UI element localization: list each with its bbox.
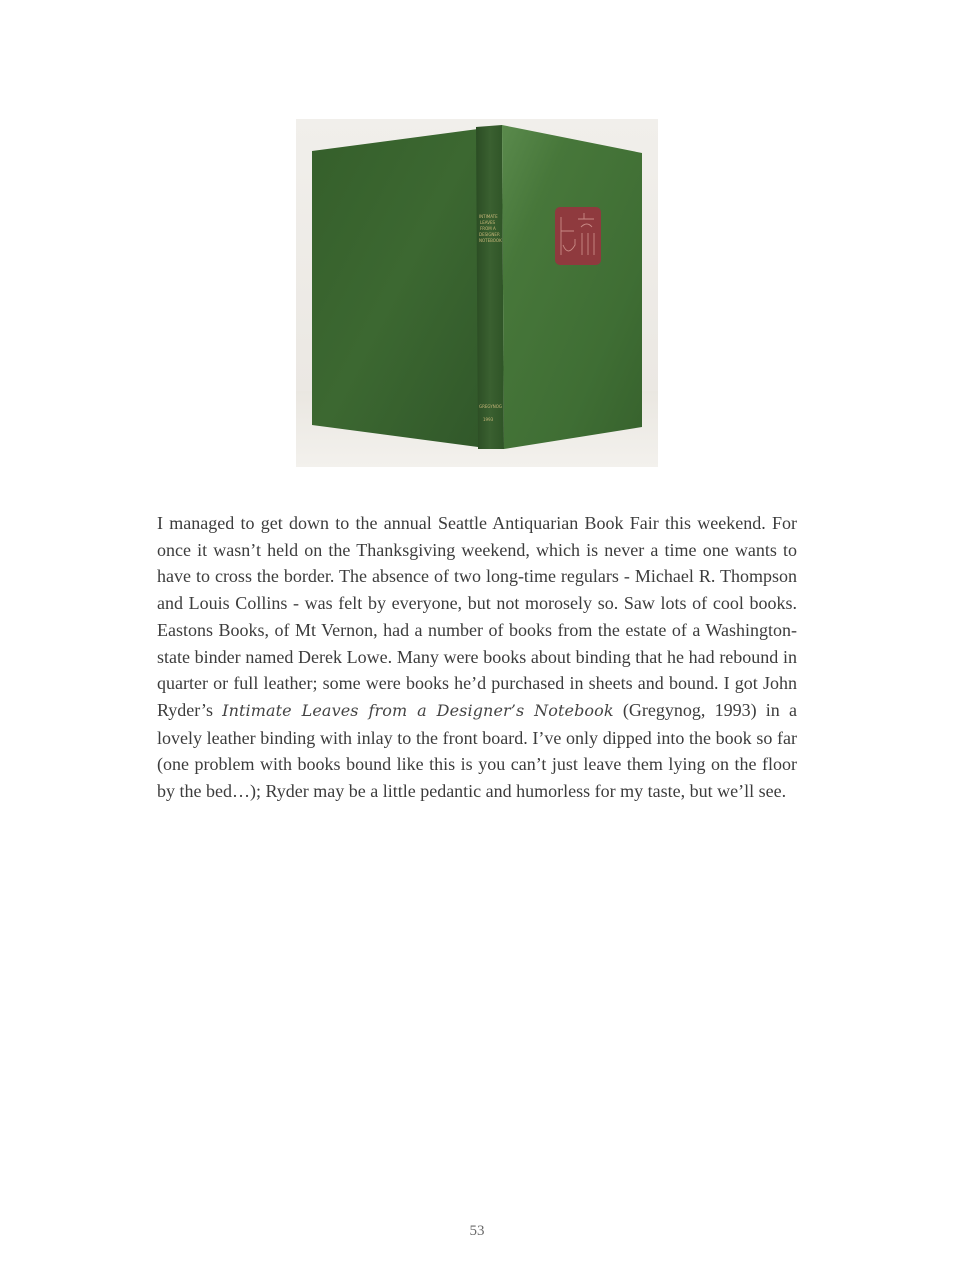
page-number: 53 [0,1223,954,1240]
svg-text:INTIMATE: INTIMATE [479,214,498,219]
svg-text:DESIGNER: DESIGNER [479,232,500,237]
front-board [502,125,642,449]
svg-text:LEAVES: LEAVES [480,220,496,225]
spine [476,125,504,449]
svg-text:FROM A: FROM A [480,226,496,231]
svg-text:GREGYNOG: GREGYNOG [479,404,502,409]
book-illustration: INTIMATE LEAVES FROM A DESIGNER NOTEBOOK… [296,119,658,467]
svg-text:NOTEBOOK: NOTEBOOK [479,238,502,243]
back-board [312,129,478,447]
book-title: Intimate Leaves from a Designer’s Notebo… [222,701,614,720]
book-photo: INTIMATE LEAVES FROM A DESIGNER NOTEBOOK… [296,119,658,467]
body-paragraph: I managed to get down to the annual Seat… [157,510,797,805]
paragraph-text-before-title: I managed to get down to the annual Seat… [157,513,797,720]
svg-text:1993: 1993 [483,417,494,422]
